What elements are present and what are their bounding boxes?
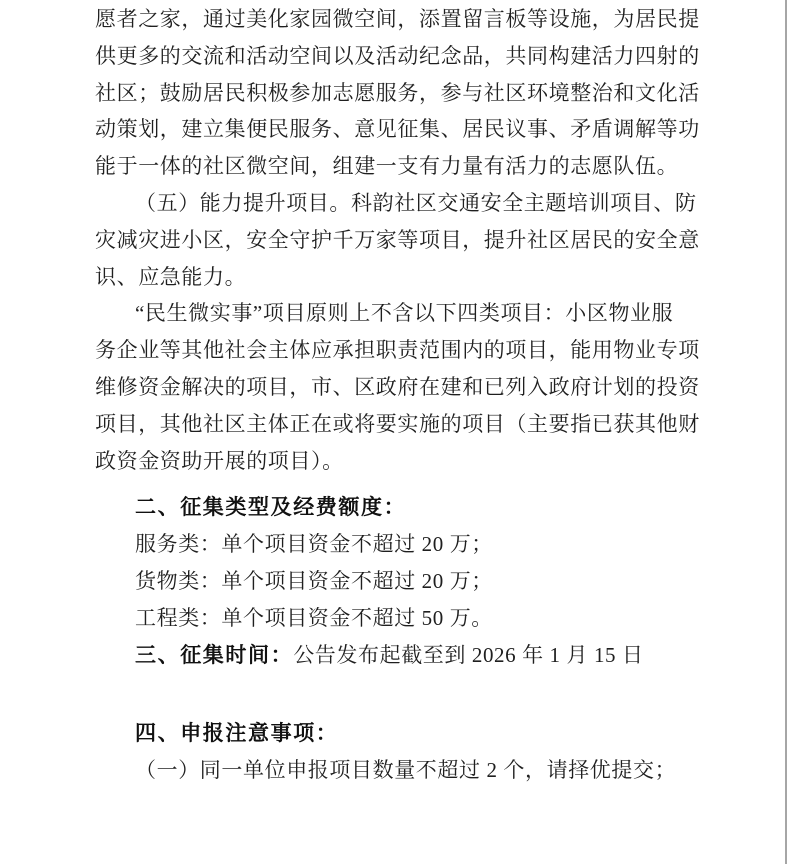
text-line: 维修资金解决的项目，市、区政府在建和已列入政府计划的投资 <box>95 369 748 406</box>
line-text: 社区；鼓励居民积极参加志愿服务，参与社区环境整治和文化活 <box>95 81 700 105</box>
text-line: 项目，其他社区主体正在或将要实施的项目（主要指已获其他财 <box>95 406 748 443</box>
text-line: 务企业等其他社会主体应承担职责范围内的项目，能用物业专项 <box>95 332 748 369</box>
section-heading-line: 四、申报注意事项： <box>95 715 748 752</box>
line-text: 供更多的交流和活动空间以及活动纪念品，共同构建活力四射的 <box>95 44 700 68</box>
page-edge-line <box>785 0 787 864</box>
line-text: 能于一体的社区微空间，组建一支有力量有活力的志愿队伍。 <box>95 154 678 178</box>
line-text: 灾减灾进小区，安全守护千万家等项目，提升社区居民的安全意 <box>95 228 700 252</box>
line-text: 动策划，建立集便民服务、意见征集、居民议事、矛盾调解等功 <box>95 117 700 141</box>
text-line: （五）能力提升项目。科韵社区交通安全主题培训项目、防 <box>95 185 748 222</box>
document-page: 愿者之家，通过美化家园微空间，添置留言板等设施，为居民提供更多的交流和活动空间以… <box>0 0 788 864</box>
text-line: 服务类：单个项目资金不超过 20 万； <box>95 526 748 563</box>
text-line: 能于一体的社区微空间，组建一支有力量有活力的志愿队伍。 <box>95 148 748 185</box>
text-line: 社区；鼓励居民积极参加志愿服务，参与社区环境整治和文化活 <box>95 75 748 112</box>
text-line: “民生微实事”项目原则上不含以下四类项目：小区物业服 <box>95 295 748 332</box>
text-line: 动策划，建立集便民服务、意见征集、居民议事、矛盾调解等功 <box>95 111 748 148</box>
line-text: （一）同一单位申报项目数量不超过 2 个，请择优提交； <box>135 758 676 782</box>
text-line: 供更多的交流和活动空间以及活动纪念品，共同构建活力四射的 <box>95 38 748 75</box>
line-text: 公告发布起截至到 2026 年 1 月 15 日 <box>293 643 643 667</box>
line-text: “民生微实事”项目原则上不含以下四类项目：小区物业服 <box>135 301 673 325</box>
line-text: 服务类：单个项目资金不超过 20 万； <box>135 532 493 556</box>
line-text: 务企业等其他社会主体应承担职责范围内的项目，能用物业专项 <box>95 338 700 362</box>
text-line: 工程类：单个项目资金不超过 50 万。 <box>95 600 748 637</box>
text-line: 灾减灾进小区，安全守护千万家等项目，提升社区居民的安全意 <box>95 222 748 259</box>
text-line: 货物类：单个项目资金不超过 20 万； <box>95 563 748 600</box>
line-text: 识、应急能力。 <box>95 265 246 289</box>
line-text: （五）能力提升项目。科韵社区交通安全主题培训项目、防 <box>135 191 697 215</box>
text-line: （一）同一单位申报项目数量不超过 2 个，请择优提交； <box>95 752 748 789</box>
line-text: 项目，其他社区主体正在或将要实施的项目（主要指已获其他财 <box>95 412 700 436</box>
heading-label: 三、征集时间： <box>135 644 293 667</box>
line-text: 愿者之家，通过美化家园微空间，添置留言板等设施，为居民提 <box>95 7 700 31</box>
section-heading-line: 二、征集类型及经费额度： <box>95 489 748 526</box>
document-text-block: 愿者之家，通过美化家园微空间，添置留言板等设施，为居民提供更多的交流和活动空间以… <box>95 1 748 789</box>
text-line: 愿者之家，通过美化家园微空间，添置留言板等设施，为居民提 <box>95 1 748 38</box>
line-text: 货物类：单个项目资金不超过 20 万； <box>135 569 493 593</box>
line-text: 维修资金解决的项目，市、区政府在建和已列入政府计划的投资 <box>95 375 700 399</box>
heading-label: 四、申报注意事项： <box>135 722 338 745</box>
text-line: 政资金资助开展的项目）。 <box>95 443 748 480</box>
text-line: 三、征集时间：公告发布起截至到 2026 年 1 月 15 日 <box>95 637 748 674</box>
line-text: 工程类：单个项目资金不超过 50 万。 <box>135 606 493 630</box>
line-text: 政资金资助开展的项目）。 <box>95 449 344 473</box>
heading-label: 二、征集类型及经费额度： <box>135 496 406 519</box>
text-line: 识、应急能力。 <box>95 259 748 296</box>
